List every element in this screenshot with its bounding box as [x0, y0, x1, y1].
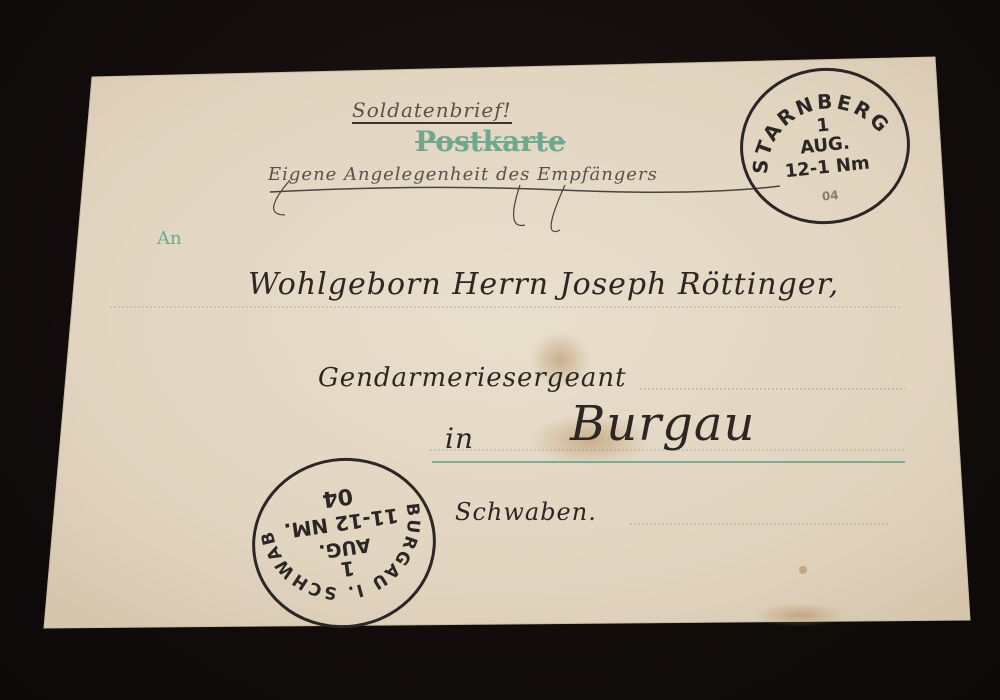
printed-title: Postkarte: [415, 128, 566, 156]
stain: [755, 603, 845, 627]
address-city: Burgau: [570, 400, 755, 448]
postmark-starnberg: STARNBERG 1 AUG. 12-1 Nm 04: [732, 60, 917, 233]
address-line-2: Gendarmeriesergeant: [318, 365, 627, 391]
address-line-3-prefix: in: [445, 425, 474, 453]
header-note: Soldatenbrief!: [352, 100, 512, 124]
an-label: An: [157, 230, 182, 248]
stain: [799, 566, 807, 574]
address-line-1: Wohlgeborn Herrn Joseph Röttinger,: [248, 270, 839, 300]
postmark-burgau: BURGAU I. SCHWABEN 1 AUG. 11-12 NM. 04: [241, 446, 447, 640]
address-line-4: Schwaben.: [455, 500, 597, 524]
crossed-line: Eigene Angelegenheit des Empfängers: [268, 166, 658, 184]
